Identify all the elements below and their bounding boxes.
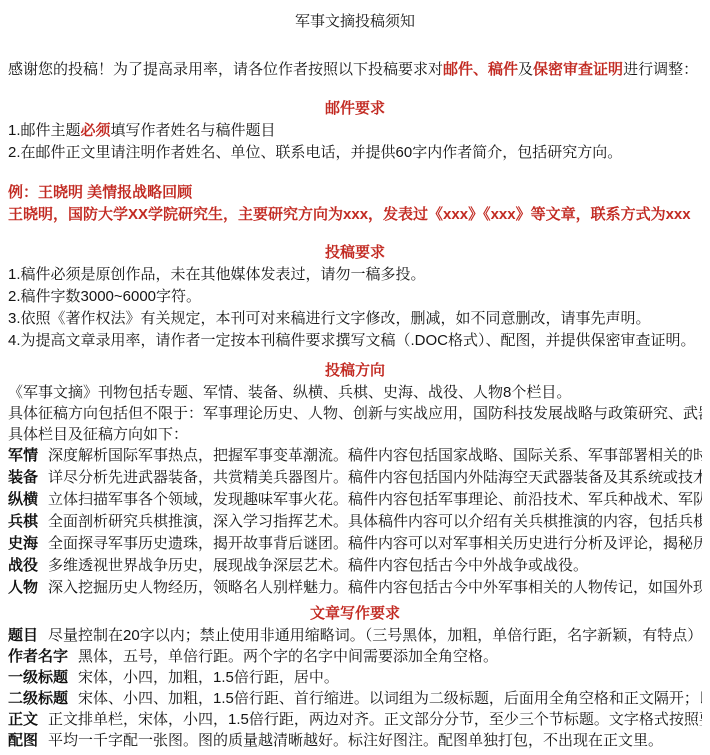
document: 军事文摘投稿须知 感谢您的投稿！为了提高录用率，请各位作者按照以下投稿要求对邮件… <box>0 0 710 751</box>
section-heading-writing: 文章写作要求 <box>8 603 702 625</box>
column-label: 史海 <box>8 535 38 552</box>
writing-label: 配图 <box>8 732 38 749</box>
writing-row-body: 正文正文排单栏，宋体，小四，1.5倍行距，两边对齐。正文部分分节，至少三个节标题… <box>8 709 702 730</box>
section-heading-email: 邮件要求 <box>8 98 702 120</box>
submission-rule-4: 4.为提高文章录用率，请作者一定按本刊稿件要求撰写文稿（.DOC格式）、配图，并… <box>8 330 702 352</box>
column-row-zhuangbei: 装备详尽分析先进武器装备，共赏精美兵器图片。稿件内容包括国内外陆海空天武器装备及… <box>8 467 702 489</box>
writing-row-heading1: 一级标题宋体，小四，加粗，1.5倍行距，居中。 <box>8 667 702 688</box>
column-desc: 详尽分析先进武器装备，共赏精美兵器图片。稿件内容包括国内外陆海空天武器装备及其系… <box>48 469 702 486</box>
column-row-renwu: 人物深入挖掘历史人物经历，领略名人别样魅力。稿件内容包括古今中外军事相关的人物传… <box>8 577 702 599</box>
direction-intro-line-3: 具体栏目及征稿方向如下： <box>8 424 702 445</box>
writing-desc: 宋体，小四，加粗，1.5倍行距，居中。 <box>78 669 339 686</box>
writing-label: 一级标题 <box>8 669 68 686</box>
document-title: 军事文摘投稿须知 <box>8 11 702 33</box>
submission-rules: 1.稿件必须是原创作品，未在其他媒体发表过，请勿一稿多投。 2.稿件字数3000… <box>8 264 702 352</box>
submission-rule-3: 3.依照《著作权法》有关规定，本刊可对来稿进行文字修改，删减，如不同意删改，请事… <box>8 308 702 330</box>
column-desc: 深度解析国际军事热点，把握军事变革潮流。稿件内容包括国家战略、国际关系、军事部署… <box>48 447 702 464</box>
column-list: 军情深度解析国际军事热点，把握军事变革潮流。稿件内容包括国家战略、国际关系、军事… <box>8 445 702 599</box>
writing-row-title: 题目尽量控制在20字以内；禁止使用非通用缩略词。（三号黑体，加粗，单倍行距，名字… <box>8 625 702 646</box>
section-heading-direction: 投稿方向 <box>8 360 702 382</box>
writing-desc: 平均一千字配一张图。图的质量越清晰越好。标注好图注。配图单独打包，不出现在正文里… <box>48 732 663 749</box>
example-bio-line: 王晓明，国防大学XX学院研究生，主要研究方向为xxx，发表过《xxx》《xxx》… <box>8 204 702 226</box>
column-desc: 深入挖掘历史人物经历，领略名人别样魅力。稿件内容包括古今中外军事相关的人物传记，… <box>48 579 702 596</box>
writing-row-author-name: 作者名字黑体，五号，单倍行距。两个字的名字中间需要添加全角空格。 <box>8 646 702 667</box>
writing-label: 二级标题 <box>8 690 68 707</box>
column-label: 装备 <box>8 469 38 486</box>
submission-rule-1: 1.稿件必须是原创作品，未在其他媒体发表过，请勿一稿多投。 <box>8 264 702 286</box>
column-label: 战役 <box>8 557 38 574</box>
column-label: 兵棋 <box>8 513 38 530</box>
column-row-zongheng: 纵横立体扫描军事各个领域，发现趣味军事火花。稿件内容包括军事理论、前沿技术、军兵… <box>8 489 702 511</box>
email-rule-1: 1.邮件主题必须填写作者姓名与稿件题目 <box>8 120 702 142</box>
intro-emphasis-security-review: 保密审查证明 <box>533 61 623 78</box>
email-rule-1-text: 1.邮件主题 <box>8 122 81 139</box>
submission-rule-2: 2.稿件字数3000~6000字符。 <box>8 286 702 308</box>
direction-intro-line-2: 具体征稿方向包括但不限于：军事理论历史、人物、创新与实战应用，国防科技发展战略与… <box>8 403 702 424</box>
column-label: 纵横 <box>8 491 38 508</box>
column-desc: 多维透视世界战争历史，展现战争深层艺术。稿件内容包括古今中外战争或战役。 <box>48 557 588 574</box>
email-rule-1-emphasis: 必须 <box>81 122 111 139</box>
column-row-shihai: 史海全面探寻军事历史遗珠，揭开故事背后谜团。稿件内容可以对军事相关历史进行分析及… <box>8 533 702 555</box>
email-rule-1-text: 填写作者姓名与稿件题目 <box>111 122 276 139</box>
direction-intro: 《军事文摘》刊物包括专题、军情、装备、纵横、兵棋、史海、战役、人物8个栏目。 具… <box>8 382 702 445</box>
writing-desc: 正文排单栏，宋体，小四，1.5倍行距，两边对齐。正文部分分节，至少三个节标题。文… <box>48 711 702 728</box>
writing-label: 题目 <box>8 627 38 644</box>
example-subject-line: 例：王晓明 美情报战略回顾 <box>8 182 702 204</box>
column-desc: 全面探寻军事历史遗珠，揭开故事背后谜团。稿件内容可以对军事相关历史进行分析及评论… <box>48 535 702 552</box>
intro-text: 及 <box>518 61 533 78</box>
writing-desc: 黑体，五号，单倍行距。两个字的名字中间需要添加全角空格。 <box>78 648 498 665</box>
section-heading-submission: 投稿要求 <box>8 242 702 264</box>
column-desc: 全面剖析研究兵棋推演，深入学习指挥艺术。具体稿件内容可以介绍有关兵棋推演的内容，… <box>48 513 702 530</box>
column-row-bingqi: 兵棋全面剖析研究兵棋推演，深入学习指挥艺术。具体稿件内容可以介绍有关兵棋推演的内… <box>8 511 702 533</box>
intro-paragraph: 感谢您的投稿！为了提高录用率，请各位作者按照以下投稿要求对邮件、稿件及保密审查证… <box>8 59 702 81</box>
column-row-junqing: 军情深度解析国际军事热点，把握军事变革潮流。稿件内容包括国家战略、国际关系、军事… <box>8 445 702 467</box>
intro-text: 进行调整： <box>623 61 698 78</box>
writing-label: 正文 <box>8 711 38 728</box>
document-title-text: 军事文摘投稿须知 <box>295 13 415 30</box>
direction-intro-line-1: 《军事文摘》刊物包括专题、军情、装备、纵横、兵棋、史海、战役、人物8个栏目。 <box>8 382 702 403</box>
intro-text: 感谢您的投稿！为了提高录用率，请各位作者按照以下投稿要求对 <box>8 61 443 78</box>
intro-emphasis-mail-manuscript: 邮件、稿件 <box>443 61 518 78</box>
column-desc: 立体扫描军事各个领域，发现趣味军事火花。稿件内容包括军事理论、前沿技术、军兵种战… <box>48 491 702 508</box>
writing-desc: 宋体、小四、加粗，1.5倍行距、首行缩进。以词组为二级标题，后面用全角空格和正文… <box>78 690 702 707</box>
writing-label: 作者名字 <box>8 648 68 665</box>
column-row-zhanyi: 战役多维透视世界战争历史，展现战争深层艺术。稿件内容包括古今中外战争或战役。 <box>8 555 702 577</box>
writing-requirements: 题目尽量控制在20字以内；禁止使用非通用缩略词。（三号黑体，加粗，单倍行距，名字… <box>8 625 702 751</box>
writing-row-figures: 配图平均一千字配一张图。图的质量越清晰越好。标注好图注。配图单独打包，不出现在正… <box>8 730 702 751</box>
email-rule-2: 2.在邮件正文里请注明作者姓名、单位、联系电话，并提供60字内作者简介，包括研究… <box>8 142 702 164</box>
column-label: 人物 <box>8 579 38 596</box>
writing-desc: 尽量控制在20字以内；禁止使用非通用缩略词。（三号黑体，加粗，单倍行距，名字新颖… <box>48 627 702 644</box>
column-label: 军情 <box>8 447 38 464</box>
writing-row-heading2: 二级标题宋体、小四、加粗，1.5倍行距、首行缩进。以词组为二级标题，后面用全角空… <box>8 688 702 709</box>
